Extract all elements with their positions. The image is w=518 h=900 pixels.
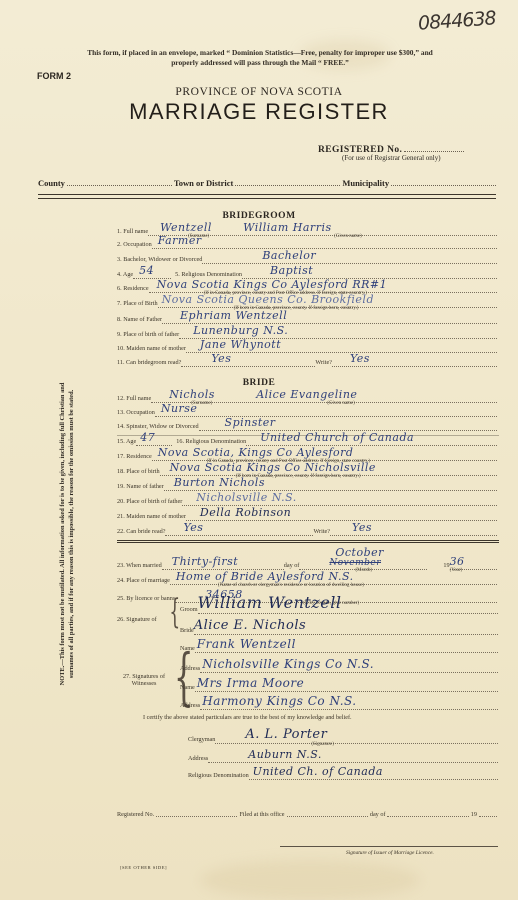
groom-mother-row: 10. Maiden name of mother Jane Whynott xyxy=(117,340,497,353)
groom-mother-label: 10. Maiden name of mother xyxy=(117,345,186,353)
groom-status-field[interactable]: Bachelor xyxy=(202,251,497,264)
witness-1-address-field[interactable]: Nicholsville Kings Co N.S. xyxy=(200,660,498,673)
groom-father-value: Ephriam Wentzell xyxy=(180,309,287,322)
side-note-line-1: NOTE.—This form must not be mutilated. A… xyxy=(58,374,67,694)
bride-birthplace-value: Nova Scotia Kings Co Nicholsville xyxy=(170,461,376,474)
bride-read-label: 22. Can bride read? xyxy=(117,528,165,536)
clergyman-address-row: Address Auburn N.S. xyxy=(188,750,498,763)
groom-write-field[interactable]: Yes xyxy=(332,354,497,367)
witness-1-name-field[interactable]: Frank Wentzell xyxy=(195,640,498,653)
bride-father-label: 19. Name of father xyxy=(117,483,164,491)
groom-given-name-value: William Harris xyxy=(243,221,332,234)
groom-surname-value: Wentzell xyxy=(160,221,212,234)
filed-label: Filed at this office xyxy=(239,811,284,818)
bride-birthplace-row: 18. Place of birth Nova Scotia Kings Co … xyxy=(117,463,497,476)
bride-father-birthplace-value: Nicholsville N.S. xyxy=(196,491,297,504)
bride-write-field[interactable]: Yes xyxy=(330,523,497,536)
groom-father-birthplace-value: Lunenburg N.S. xyxy=(193,324,288,337)
groom-religion-value: Baptist xyxy=(270,264,313,277)
bride-father-birthplace-row: 20. Place of birth of father Nicholsvill… xyxy=(117,493,497,506)
bride-residence-value: Nova Scotia, Kings Co Aylesford xyxy=(158,446,354,459)
witness-2-name-label: Name xyxy=(180,684,195,692)
bride-signature-field[interactable]: Alice E. Nichols xyxy=(194,622,498,635)
witness-1-name-value: Frank Wentzell xyxy=(197,637,296,651)
county-blank[interactable] xyxy=(67,178,172,186)
groom-birthplace-row: 7. Place of Birth Nova Scotia Queens Co.… xyxy=(117,295,497,308)
bride-status-field[interactable]: Spinster xyxy=(199,418,497,431)
registered-number-hint: (For use of Registrar General only) xyxy=(342,154,441,162)
when-married-label: 23. When married xyxy=(117,562,162,570)
bride-read-field[interactable]: Yes xyxy=(165,523,313,536)
bride-birthplace-label: 18. Place of birth xyxy=(117,468,160,476)
witness-2-address-row: Address Harmony Kings Co N.S. xyxy=(180,697,498,710)
bride-signature-value: Alice E. Nichols xyxy=(194,618,306,633)
witness-1-address-row: Address Nicholsville Kings Co N.S. xyxy=(180,660,498,673)
witness-1-name-label: Name xyxy=(180,645,195,653)
groom-occupation-value: Farmer xyxy=(158,234,202,247)
groom-signature-label: Groom xyxy=(180,606,198,614)
notice-line-2: properly addressed will pass through the… xyxy=(60,58,460,68)
marriage-year-field[interactable]: 36 (Year) xyxy=(450,557,497,570)
clergyman-signature-value: A. L. Porter xyxy=(245,727,327,742)
groom-signature-row: Groom William Wentzell xyxy=(180,601,498,614)
marriage-place-value: Home of Bride Aylesford N.S. xyxy=(176,570,354,583)
marriage-date-row: 23. When married Thirty-first day of Oct… xyxy=(117,557,497,570)
clergyman-denomination-value: United Ch. of Canada xyxy=(253,765,383,778)
form-number: FORM 2 xyxy=(37,71,71,81)
clergyman-denomination-label: Religious Denomination xyxy=(188,772,249,780)
groom-write-label: Write? xyxy=(315,359,332,367)
issuer-signature-label: Signature of Issuer of Marriage Licence. xyxy=(346,850,434,856)
bride-religion-label: 16. Religious Denomination xyxy=(176,438,246,446)
groom-age-value: 54 xyxy=(139,264,154,277)
bride-write-value: Yes xyxy=(352,521,372,534)
witness-2-name-field[interactable]: Mrs Irma Moore xyxy=(195,679,498,692)
day-of-label: day of xyxy=(284,562,300,570)
registered-number-blank[interactable] xyxy=(404,151,464,152)
bride-mother-label: 21. Maiden name of mother xyxy=(117,513,186,521)
signature-brace: { xyxy=(169,592,180,632)
bride-religion-value: United Church of Canada xyxy=(260,431,414,444)
groom-read-value: Yes xyxy=(211,352,231,365)
marriage-month-field[interactable]: October November (Month) xyxy=(299,557,427,570)
certification-statement: I certify the above stated particulars a… xyxy=(143,714,352,721)
groom-write-value: Yes xyxy=(350,352,370,365)
bride-full-name-field[interactable]: Nichols Alice Evangeline (Surname) (Give… xyxy=(151,390,497,403)
section-divider xyxy=(117,540,499,543)
groom-father-label: 8. Name of Father xyxy=(117,316,162,324)
bride-status-label: 14. Spinster, Widow or Divorced xyxy=(117,423,199,431)
groom-occupation-label: 2. Occupation xyxy=(117,241,152,249)
bride-age-label: 15. Age xyxy=(117,438,136,446)
bride-father-value: Burton Nichols xyxy=(174,476,265,489)
bride-religion-field[interactable]: United Church of Canada xyxy=(246,433,497,446)
filed-blank[interactable] xyxy=(287,816,368,817)
bride-birthplace-field[interactable]: Nova Scotia Kings Co Nicholsville (If bo… xyxy=(160,463,497,476)
marriage-year-value: 36 xyxy=(450,555,465,568)
bride-residence-row: 17. Residence Nova Scotia, Kings Co Ayle… xyxy=(117,448,497,461)
groom-read-label: 11. Can bridegroom read? xyxy=(117,359,181,367)
groom-occupation-row: 2. Occupation Farmer xyxy=(117,236,497,249)
bride-occupation-field[interactable]: Nurse xyxy=(155,404,497,417)
groom-father-row: 8. Name of Father Ephriam Wentzell xyxy=(117,311,497,324)
groom-mother-field[interactable]: Jane Whynott xyxy=(186,340,497,353)
groom-read-field[interactable]: Yes xyxy=(181,354,315,367)
footer-year-prefix: 19 xyxy=(471,811,477,818)
bride-literacy-row: 22. Can bride read? Yes Write? Yes xyxy=(117,523,497,536)
issuer-signature-line[interactable] xyxy=(280,846,498,847)
bride-full-name-label: 12. Full name xyxy=(117,395,151,403)
bride-age-religion-row: 15. Age 47 16. Religious Denomination Un… xyxy=(117,433,497,446)
footer-registered-blank[interactable] xyxy=(156,816,237,817)
filing-row: Registered No. Filed at this office day … xyxy=(117,811,499,818)
groom-residence-field[interactable]: Nova Scotia Kings Co Aylesford RR#1 (If … xyxy=(149,280,497,293)
see-other-side: [SEE OTHER SIDE] xyxy=(120,865,167,870)
groom-status-row: 3. Bachelor, Widower or Divorced Bachelo… xyxy=(117,251,497,264)
groom-father-field[interactable]: Ephriam Wentzell xyxy=(162,311,497,324)
groom-status-label: 3. Bachelor, Widower or Divorced xyxy=(117,256,202,264)
groom-residence-row: 6. Residence Nova Scotia Kings Co Aylesf… xyxy=(117,280,497,293)
county-label: County xyxy=(38,178,65,188)
groom-residence-value: Nova Scotia Kings Co Aylesford RR#1 xyxy=(157,278,388,291)
footer-day-blank[interactable] xyxy=(387,816,468,817)
witness-2-name-row: Name Mrs Irma Moore xyxy=(180,679,498,692)
bride-read-value: Yes xyxy=(183,521,203,534)
witness-2-name-value: Mrs Irma Moore xyxy=(197,676,304,690)
paper-stain xyxy=(200,860,420,900)
witness-1-address-value: Nicholsville Kings Co N.S. xyxy=(202,657,374,671)
licence-label: 25. By licence or banns xyxy=(117,595,175,603)
groom-father-birthplace-label: 9. Place of birth of father xyxy=(117,331,179,339)
groom-signature-field[interactable]: William Wentzell xyxy=(198,601,498,614)
groom-birthplace-field[interactable]: Nova Scotia Queens Co. Brookfield (If bo… xyxy=(158,295,497,308)
clergyman-denomination-row: Religious Denomination United Ch. of Can… xyxy=(188,767,498,780)
bride-heading: BRIDE xyxy=(0,378,518,388)
marriage-place-field[interactable]: Home of Bride Aylesford N.S. (Name of ch… xyxy=(170,572,497,585)
bride-mother-field[interactable]: Della Robinson xyxy=(186,508,497,521)
marriage-month-struck: November xyxy=(329,558,381,568)
bride-occupation-value: Nurse xyxy=(161,402,198,415)
municipality-blank[interactable] xyxy=(391,178,496,186)
witness-2-address-value: Harmony Kings Co N.S. xyxy=(202,694,356,708)
clergyman-address-label: Address xyxy=(188,755,208,763)
groom-full-name-label: 1. Full name xyxy=(117,228,148,236)
header-divider xyxy=(38,194,496,199)
bride-surname-value: Nichols xyxy=(169,388,215,401)
footer-registered-label: Registered No. xyxy=(117,811,154,818)
bride-residence-field[interactable]: Nova Scotia, Kings Co Aylesford (If in C… xyxy=(152,448,497,461)
clergyman-denomination-field[interactable]: United Ch. of Canada xyxy=(249,767,498,780)
groom-birthplace-label: 7. Place of Birth xyxy=(117,300,158,308)
marriage-place-label: 24. Place of marriage xyxy=(117,577,170,585)
groom-residence-label: 6. Residence xyxy=(117,285,149,293)
postage-notice: This form, if placed in an envelope, mar… xyxy=(60,48,460,68)
bride-father-birthplace-label: 20. Place of birth of father xyxy=(117,498,182,506)
witness-1-address-label: Address xyxy=(180,665,200,673)
location-row: County Town or District Municipality xyxy=(38,178,498,188)
groom-signature-value: William Wentzell xyxy=(198,593,342,612)
bride-age-field[interactable]: 47 xyxy=(136,433,172,446)
clergyman-row: Clergyman A. L. Porter (Signature) xyxy=(188,731,498,744)
witness-1-name-row: Name Frank Wentzell xyxy=(180,640,498,653)
footer-day-of-label: day of xyxy=(370,811,386,818)
municipality-label: Municipality xyxy=(342,178,389,188)
bride-mother-row: 21. Maiden name of mother Della Robinson xyxy=(117,508,497,521)
town-label: Town or District xyxy=(174,178,234,188)
bride-occupation-label: 13. Occupation xyxy=(117,409,155,417)
bride-age-value: 47 xyxy=(140,431,155,444)
bride-signature-label: Bride xyxy=(180,627,194,635)
signature-label: 26. Signature of xyxy=(117,616,157,623)
bride-write-label: Write? xyxy=(313,528,330,536)
groom-age-label: 4. Age xyxy=(117,271,133,279)
groom-father-birthplace-row: 9. Place of birth of father Lunenburg N.… xyxy=(117,326,497,339)
groom-literacy-row: 11. Can bridegroom read? Yes Write? Yes xyxy=(117,354,497,367)
reference-number: 0844638 xyxy=(417,7,496,34)
witness-2-address-field[interactable]: Harmony Kings Co N.S. xyxy=(200,697,498,710)
clergyman-address-value: Auburn N.S. xyxy=(248,748,322,761)
bride-status-value: Spinster xyxy=(225,416,276,429)
witness-2-address-label: Address xyxy=(180,702,200,710)
bride-residence-label: 17. Residence xyxy=(117,453,152,461)
bride-status-row: 14. Spinster, Widow or Divorced Spinster xyxy=(117,418,497,431)
bride-father-field[interactable]: Burton Nichols xyxy=(164,478,497,491)
bridegroom-heading: BRIDEGROOM xyxy=(0,211,518,221)
footer-year-blank[interactable] xyxy=(479,816,497,817)
bride-signature-row: Bride Alice E. Nichols xyxy=(180,622,498,635)
signature-hint: (Signature) xyxy=(311,742,334,747)
bride-father-birthplace-field[interactable]: Nicholsville N.S. xyxy=(182,493,497,506)
town-blank[interactable] xyxy=(235,178,340,186)
groom-birthplace-value: Nova Scotia Queens Co. Brookfield xyxy=(162,293,374,306)
groom-status-value: Bachelor xyxy=(262,249,316,262)
side-note-line-2: surnames of all parties, and if for any … xyxy=(67,374,76,694)
notice-line-1: This form, if placed in an envelope, mar… xyxy=(60,48,460,58)
marriage-place-row: 24. Place of marriage Home of Bride Ayle… xyxy=(117,572,497,585)
witnesses-label: 27. Signatures of Witnesses xyxy=(117,673,171,687)
groom-mother-value: Jane Whynott xyxy=(200,338,281,351)
marriage-day-value: Thirty-first xyxy=(172,555,238,568)
province-heading: PROVINCE OF NOVA SCOTIA xyxy=(0,86,518,98)
marriage-day-field[interactable]: Thirty-first xyxy=(162,557,284,570)
clergyman-address-field[interactable]: Auburn N.S. xyxy=(208,750,498,763)
bride-given-name-value: Alice Evangeline xyxy=(256,388,357,401)
groom-occupation-field[interactable]: Farmer xyxy=(152,236,497,249)
clergyman-label: Clergyman xyxy=(188,736,215,744)
bride-occupation-row: 13. Occupation Nurse xyxy=(117,404,497,417)
bride-mother-value: Della Robinson xyxy=(200,506,291,519)
side-note: NOTE.—This form must not be mutilated. A… xyxy=(58,374,76,694)
bride-father-row: 19. Name of father Burton Nichols xyxy=(117,478,497,491)
page-title: MARRIAGE REGISTER xyxy=(0,99,518,125)
clergyman-signature-field[interactable]: A. L. Porter (Signature) xyxy=(215,731,498,744)
